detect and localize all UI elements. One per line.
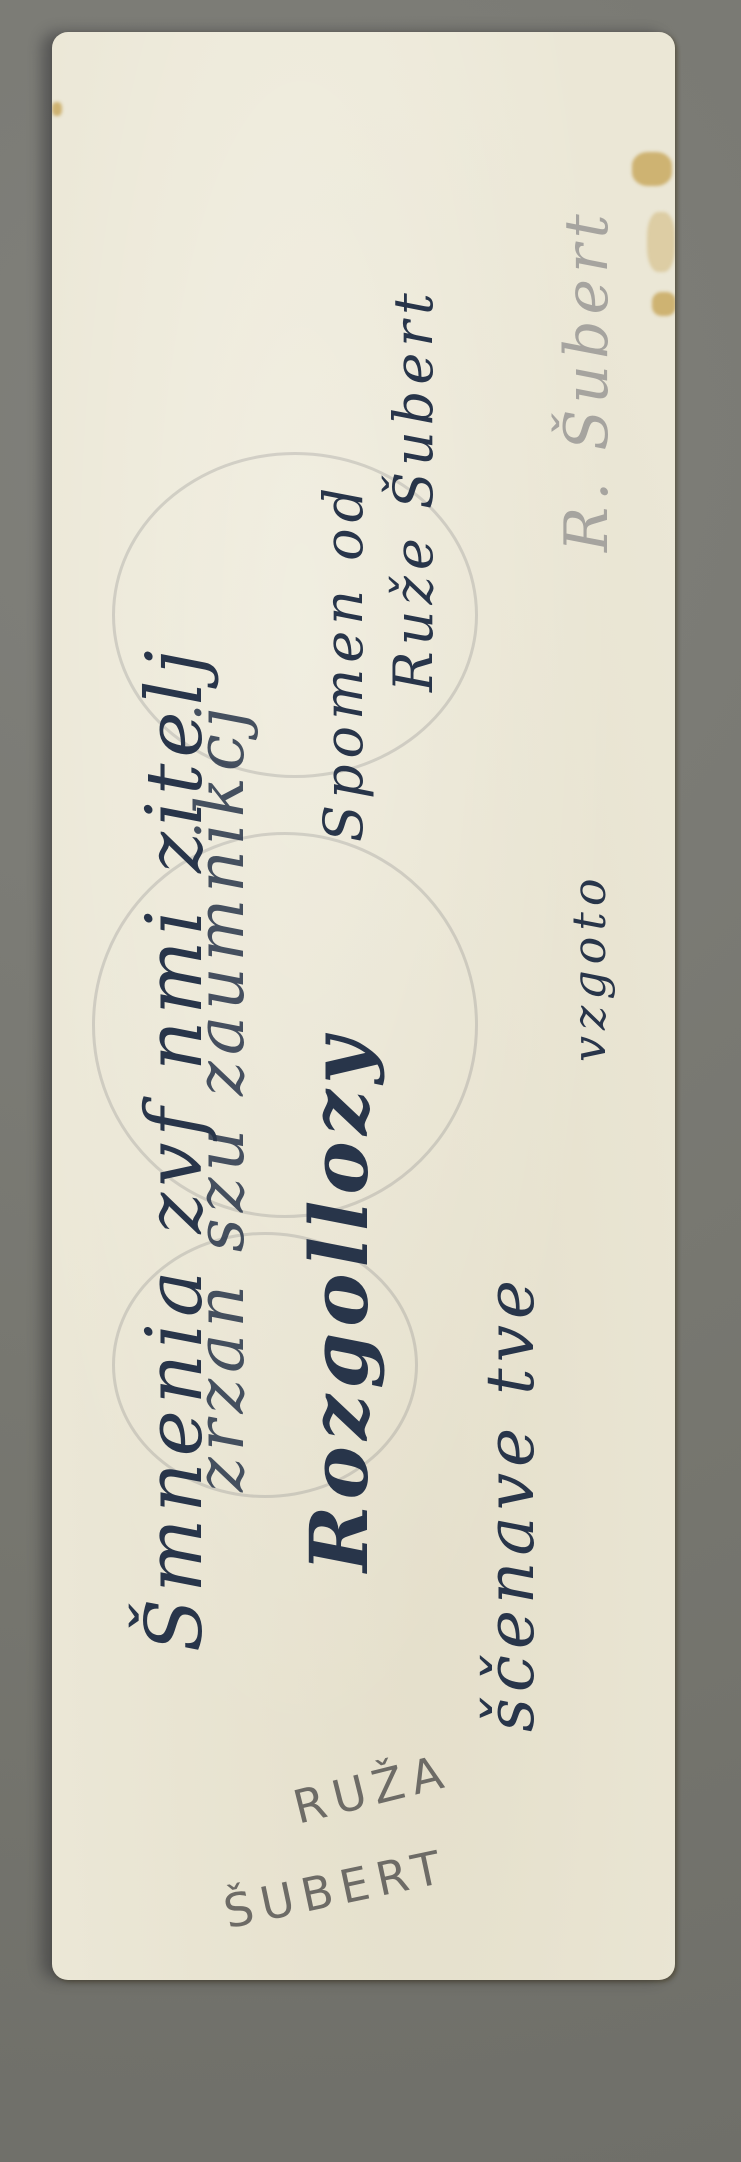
stain-mark: [52, 102, 62, 116]
stain-mark: [652, 292, 675, 316]
handwriting-line-4: Ruže Šubert: [382, 287, 445, 692]
pencil-name-first: RUŽA: [288, 1743, 456, 1834]
handwritten-card: Šmnenia zvf nmi zitelj zrzan szu zaumnik…: [52, 32, 675, 1980]
handwriting-line-2: zrzan szu zaumnikcj: [182, 702, 259, 1492]
handwriting-line-3: Spomen od: [312, 482, 375, 842]
handwriting-line-8: R. Šubert: [552, 208, 622, 552]
stain-mark: [647, 212, 675, 272]
handwriting-line-5: Rozgollozy: [292, 1031, 386, 1572]
handwriting-line-6: ščenave tve: [472, 1274, 549, 1732]
pencil-name-last: ŠUBERT: [219, 1839, 453, 1939]
handwriting-line-7: vzgoto: [562, 872, 616, 1062]
stain-mark: [632, 152, 672, 186]
